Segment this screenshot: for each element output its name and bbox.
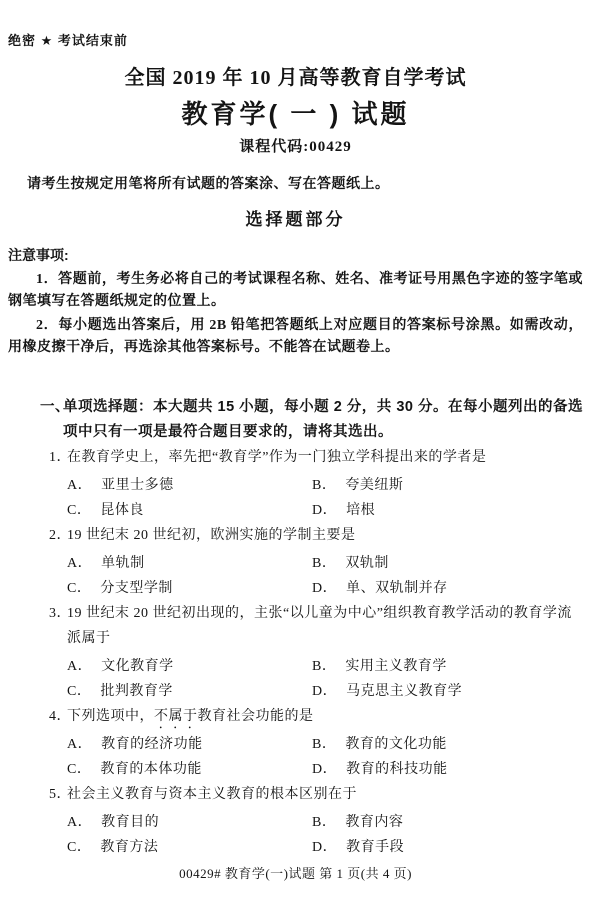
option-label: C． xyxy=(67,503,91,518)
option-label: B． xyxy=(312,815,336,830)
option-text: 夸美纽斯 xyxy=(345,478,403,493)
question-stem: 下列选项中，不属于教育社会功能的是 xyxy=(67,709,314,724)
exam-title: 全国 2019 年 10 月高等教育自学考试 xyxy=(8,65,583,91)
option-label: A． xyxy=(67,815,92,830)
emphasized-text: 不属于 xyxy=(154,709,198,724)
option-text: 教育方法 xyxy=(100,840,158,855)
option-label: B． xyxy=(312,556,336,571)
option-text: 文化教育学 xyxy=(101,659,174,674)
option-b: B．教育的文化功能 xyxy=(312,732,583,757)
exam-paper-page: 绝密 ★ 考试结束前 全国 2019 年 10 月高等教育自学考试 教育学( 一… xyxy=(0,0,591,907)
question-number: 1． xyxy=(49,445,71,470)
option-a: A．教育目的 xyxy=(67,810,312,835)
option-label: B． xyxy=(312,737,336,752)
option-label: A． xyxy=(67,478,92,493)
option-label: A． xyxy=(67,659,92,674)
option-text: 昆体良 xyxy=(100,503,144,518)
question-number: 5． xyxy=(49,782,71,807)
classification-banner: 绝密 ★ 考试结束前 xyxy=(8,33,583,49)
note-item-1: 1．答题前，考生务必将自己的考试课程名称、姓名、准考证号用黑色字迹的签字笔或钢笔… xyxy=(8,269,583,313)
option-c: C．教育方法 xyxy=(67,835,312,860)
question-number: 3． xyxy=(49,601,71,626)
paper-title: 教育学( 一 ) 试题 xyxy=(8,98,583,130)
option-d: D．教育手段 xyxy=(312,835,583,860)
option-label: C． xyxy=(67,762,91,777)
question-4-options: A．教育的经济功能 B．教育的文化功能 C．教育的本体功能 D．教育的科技功能 xyxy=(8,732,583,782)
option-a: A．亚里士多德 xyxy=(67,473,312,498)
option-c: C．分支型学制 xyxy=(67,576,312,601)
question-5-options: A．教育目的 B．教育内容 C．教育方法 D．教育手段 xyxy=(8,810,583,860)
part-one-marker: 一、 xyxy=(40,395,70,420)
question-3-options: A．文化教育学 B．实用主义教育学 C．批判教育学 D．马克思主义教育学 xyxy=(8,654,583,704)
question-1-options: A．亚里士多德 B．夸美纽斯 C．昆体良 D．培根 xyxy=(8,473,583,523)
question-2-options: A．单轨制 B．双轨制 C．分支型学制 D．单、双轨制并存 xyxy=(8,551,583,601)
option-text: 分支型学制 xyxy=(100,581,173,596)
option-label: B． xyxy=(312,659,336,674)
option-b: B．双轨制 xyxy=(312,551,583,576)
question-1: 1． 在教育学史上，率先把“教育学”作为一门独立学科提出来的学者是 xyxy=(8,445,583,473)
option-text: 教育手段 xyxy=(346,840,404,855)
option-label: D． xyxy=(312,762,337,777)
question-number: 2． xyxy=(49,523,71,548)
question-stem: 19 世纪末 20 世纪初，欧洲实施的学制主要是 xyxy=(67,528,356,543)
option-c: C．批判教育学 xyxy=(67,679,312,704)
option-label: C． xyxy=(67,684,91,699)
question-5: 5． 社会主义教育与资本主义教育的根本区别在于 xyxy=(8,782,583,810)
option-text: 教育的本体功能 xyxy=(100,762,202,777)
option-d: D．马克思主义教育学 xyxy=(312,679,583,704)
option-d: D．教育的科技功能 xyxy=(312,757,583,782)
question-stem: 19 世纪末 20 世纪初出现的，主张“以儿童为中心”组织教育教学活动的教育学流… xyxy=(67,606,572,646)
answer-instruction: 请考生按规定用笔将所有试题的答案涂、写在答题纸上。 xyxy=(8,174,583,193)
option-b: B．教育内容 xyxy=(312,810,583,835)
question-number: 4． xyxy=(49,704,71,729)
option-a: A．单轨制 xyxy=(67,551,312,576)
option-d: D．培根 xyxy=(312,498,583,523)
note-item-2: 2．每小题选出答案后，用 2B 铅笔把答题纸上对应题目的答案标号涂黑。如需改动，… xyxy=(8,315,583,359)
option-text: 教育的科技功能 xyxy=(346,762,448,777)
question-3: 3． 19 世纪末 20 世纪初出现的，主张“以儿童为中心”组织教育教学活动的教… xyxy=(8,601,583,654)
option-d: D．单、双轨制并存 xyxy=(312,576,583,601)
option-label: C． xyxy=(67,840,91,855)
option-text: 马克思主义教育学 xyxy=(346,684,462,699)
option-text: 批判教育学 xyxy=(100,684,173,699)
question-4: 4． 下列选项中，不属于教育社会功能的是 xyxy=(8,704,583,732)
option-text: 双轨制 xyxy=(345,556,389,571)
notes-heading: 注意事项: xyxy=(8,246,583,264)
option-label: D． xyxy=(312,840,337,855)
option-text: 实用主义教育学 xyxy=(345,659,447,674)
option-label: A． xyxy=(67,556,92,571)
option-label: A． xyxy=(67,737,92,752)
option-c: C．昆体良 xyxy=(67,498,312,523)
option-label: D． xyxy=(312,581,337,596)
option-a: A．教育的经济功能 xyxy=(67,732,312,757)
option-text: 单轨制 xyxy=(101,556,145,571)
option-text: 教育内容 xyxy=(345,815,403,830)
part-one-directions-text: 单项选择题：本大题共 15 小题，每小题 2 分，共 30 分。在每小题列出的备… xyxy=(63,399,583,440)
option-label: D． xyxy=(312,503,337,518)
question-stem: 在教育学史上，率先把“教育学”作为一门独立学科提出来的学者是 xyxy=(67,450,486,465)
option-b: B．夸美纽斯 xyxy=(312,473,583,498)
course-code: 课程代码:00429 xyxy=(8,137,583,157)
page-footer: 00429# 教育学(一)试题 第 1 页(共 4 页) xyxy=(0,865,591,882)
section-heading: 选择题部分 xyxy=(8,209,583,231)
option-text: 教育目的 xyxy=(101,815,159,830)
option-c: C．教育的本体功能 xyxy=(67,757,312,782)
option-text: 教育的经济功能 xyxy=(101,737,203,752)
option-text: 教育的文化功能 xyxy=(345,737,447,752)
option-label: D． xyxy=(312,684,337,699)
option-text: 培根 xyxy=(346,503,375,518)
question-stem: 社会主义教育与资本主义教育的根本区别在于 xyxy=(67,787,357,802)
question-2: 2． 19 世纪末 20 世纪初，欧洲实施的学制主要是 xyxy=(8,523,583,551)
part-one-directions: 一、 单项选择题：本大题共 15 小题，每小题 2 分，共 30 分。在每小题列… xyxy=(8,395,583,445)
option-text: 亚里士多德 xyxy=(101,478,174,493)
option-a: A．文化教育学 xyxy=(67,654,312,679)
option-b: B．实用主义教育学 xyxy=(312,654,583,679)
option-label: C． xyxy=(67,581,91,596)
option-label: B． xyxy=(312,478,336,493)
option-text: 单、双轨制并存 xyxy=(346,581,448,596)
